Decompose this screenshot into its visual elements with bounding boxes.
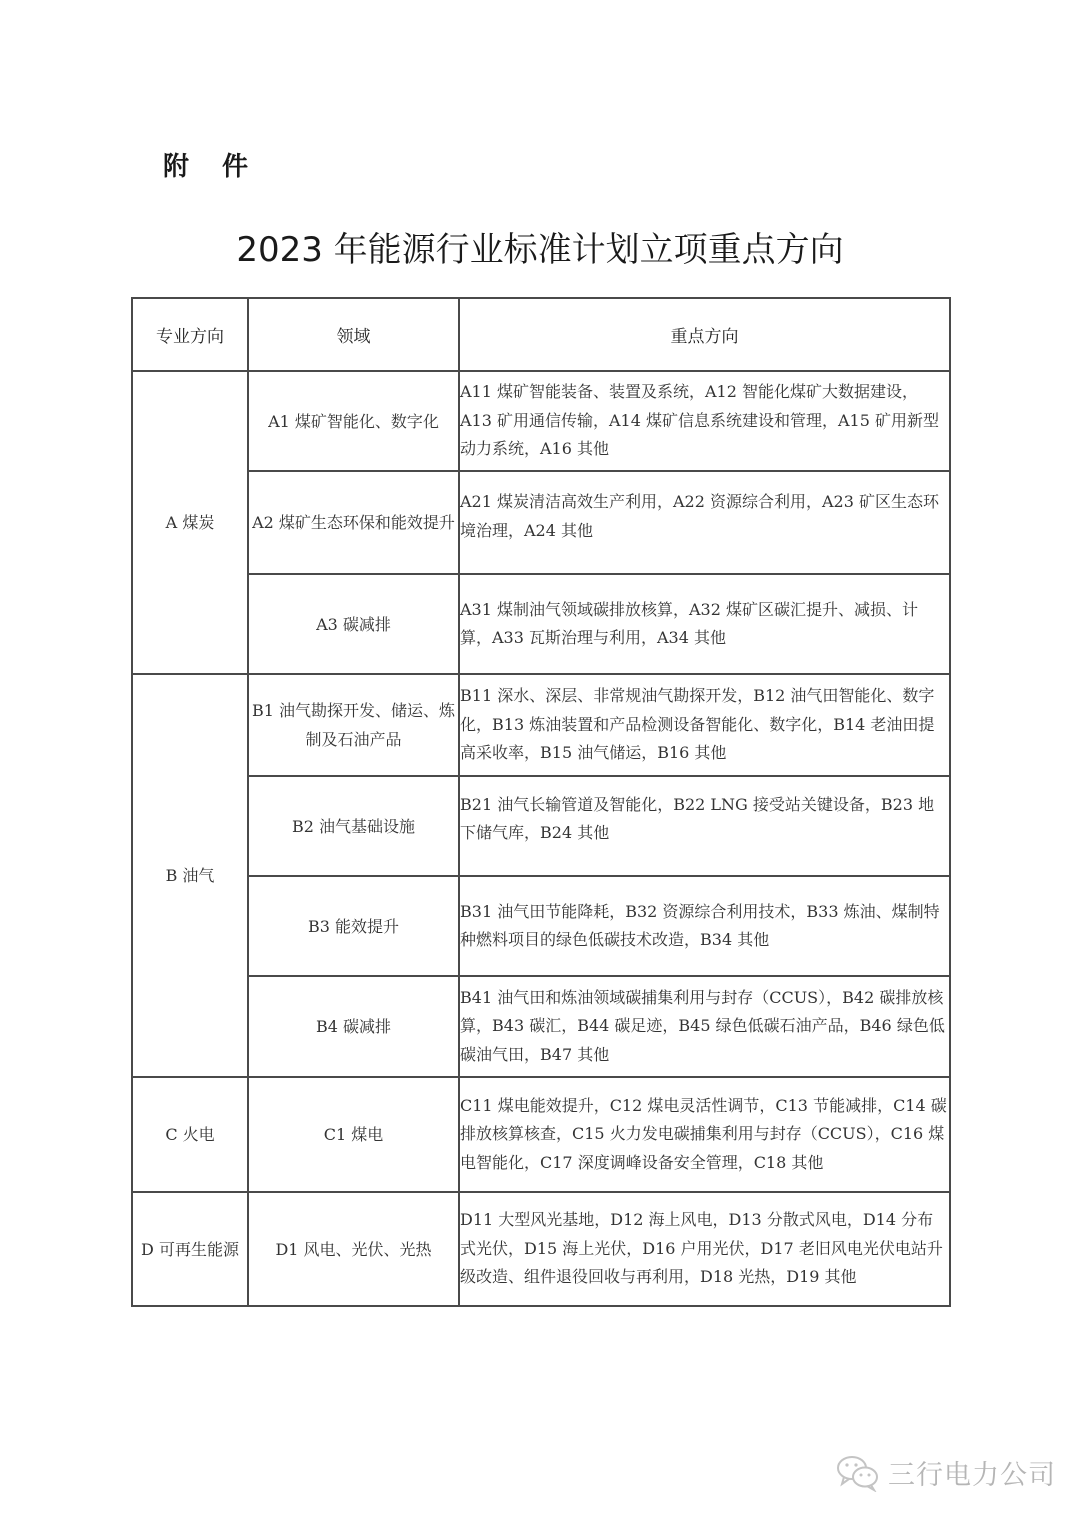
table-row: D 可再生能源 D1 风电、光伏、光热 D11 大型风光基地，D12 海上风电，… (132, 1192, 950, 1306)
table-row: C 火电 C1 煤电 C11 煤电能效提升，C12 煤电灵活性调节，C13 节能… (132, 1077, 950, 1192)
table-row: B3 能效提升 B31 油气田节能降耗，B32 资源综合利用技术，B33 炼油、… (132, 876, 950, 976)
table-row: B 油气 B1 油气勘探开发、储运、炼制及石油产品 B11 深水、深层、非常规油… (132, 674, 950, 776)
standards-focus-table: 专业方向 领域 重点方向 A 煤炭 A1 煤矿智能化、数字化 A11 煤矿智能装… (131, 297, 951, 1307)
field-cell: D1 风电、光伏、光热 (248, 1192, 459, 1306)
table-row: B2 油气基础设施 B21 油气长输管道及智能化，B22 LNG 接受站关键设备… (132, 776, 950, 876)
field-cell: A3 碳减排 (248, 574, 459, 674)
field-cell: B3 能效提升 (248, 876, 459, 976)
table-row: A3 碳减排 A31 煤制油气领域碳排放核算，A32 煤矿区碳汇提升、减损、计算… (132, 574, 950, 674)
table-header-row: 专业方向 领域 重点方向 (132, 298, 950, 371)
focus-cell: D11 大型风光基地，D12 海上风电，D13 分散式风电，D14 分布式光伏，… (459, 1192, 950, 1306)
document-title: 2023 年能源行业标准计划立项重点方向 (0, 222, 1080, 271)
field-cell: B2 油气基础设施 (248, 776, 459, 876)
field-cell: A1 煤矿智能化、数字化 (248, 371, 459, 471)
field-cell: C1 煤电 (248, 1077, 459, 1192)
field-cell: A2 煤矿生态环保和能效提升 (248, 471, 459, 574)
category-cell-b: B 油气 (132, 674, 248, 1077)
column-header-category: 专业方向 (132, 298, 248, 371)
attachment-label: 附 件 (163, 146, 260, 183)
watermark: 三行电力公司 (836, 1453, 1056, 1492)
field-cell: B4 碳减排 (248, 976, 459, 1077)
watermark-text: 三行电力公司 (888, 1453, 1056, 1492)
column-header-focus: 重点方向 (459, 298, 950, 371)
focus-cell: A11 煤矿智能装备、装置及系统，A12 智能化煤矿大数据建设，A13 矿用通信… (459, 371, 950, 471)
wechat-icon (836, 1454, 880, 1492)
column-header-field: 领域 (248, 298, 459, 371)
focus-cell: B41 油气田和炼油领域碳捕集利用与封存（CCUS），B42 碳排放核算，B43… (459, 976, 950, 1077)
focus-cell: A31 煤制油气领域碳排放核算，A32 煤矿区碳汇提升、减损、计算，A33 瓦斯… (459, 574, 950, 674)
category-cell-c: C 火电 (132, 1077, 248, 1192)
focus-cell: C11 煤电能效提升，C12 煤电灵活性调节，C13 节能减排，C14 碳排放核… (459, 1077, 950, 1192)
focus-cell: B21 油气长输管道及智能化，B22 LNG 接受站关键设备，B23 地下储气库… (459, 776, 950, 876)
category-cell-a: A 煤炭 (132, 371, 248, 674)
focus-cell: B11 深水、深层、非常规油气勘探开发，B12 油气田智能化、数字化，B13 炼… (459, 674, 950, 776)
focus-cell: A21 煤炭清洁高效生产利用，A22 资源综合利用，A23 矿区生态环境治理，A… (459, 471, 950, 574)
focus-cell: B31 油气田节能降耗，B32 资源综合利用技术，B33 炼油、煤制特种燃料项目… (459, 876, 950, 976)
table-row: A2 煤矿生态环保和能效提升 A21 煤炭清洁高效生产利用，A22 资源综合利用… (132, 471, 950, 574)
table-row: B4 碳减排 B41 油气田和炼油领域碳捕集利用与封存（CCUS），B42 碳排… (132, 976, 950, 1077)
table-row: A 煤炭 A1 煤矿智能化、数字化 A11 煤矿智能装备、装置及系统，A12 智… (132, 371, 950, 471)
field-cell: B1 油气勘探开发、储运、炼制及石油产品 (248, 674, 459, 776)
category-cell-d: D 可再生能源 (132, 1192, 248, 1306)
